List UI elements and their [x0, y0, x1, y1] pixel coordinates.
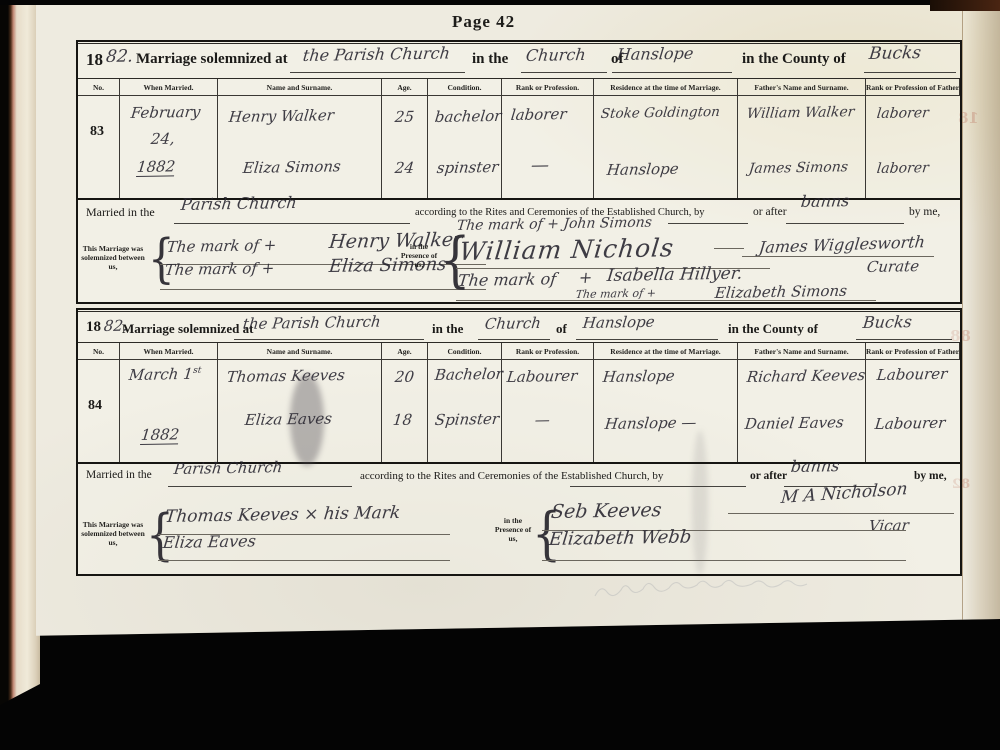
signature-rule: [542, 560, 906, 561]
groom-rank: laborer: [510, 105, 567, 124]
by-me-label: by me,: [909, 206, 940, 218]
solemnized-between-label: This Marriage was solemnized between us,: [80, 244, 146, 271]
bride-rank: —: [530, 155, 550, 176]
or-after-label: or after: [750, 470, 787, 482]
col-header-name: Name and Surname.: [218, 79, 382, 96]
groom-father-rank-cell: laborer: [866, 96, 960, 147]
groom-condition: Bachelor: [434, 365, 504, 384]
register-grid: No. When Married. Name and Surname. Age.…: [78, 78, 960, 200]
bride-rank-cell: —: [502, 411, 594, 462]
blank-rule: [668, 223, 748, 224]
blank-rule: [612, 72, 732, 73]
bride-father: James Simons: [748, 159, 849, 177]
bride-signature: Eliza Eaves: [162, 531, 257, 552]
groom-condition-cell: bachelor: [428, 96, 502, 147]
col-header-residence: Residence at the time of Marriage.: [594, 79, 738, 96]
church-handwritten: Church: [484, 314, 542, 333]
groom-father-rank: Labourer: [876, 365, 948, 384]
witness-mark-label-2: The mark of +: [575, 287, 657, 301]
witness-signature-seb-keeves: Seb Keeves: [550, 499, 663, 523]
groom-rank: Labourer: [506, 367, 578, 386]
bride-condition: Spinster: [434, 410, 500, 429]
signature-rule: [158, 560, 450, 561]
county-handwritten: Bucks: [868, 43, 922, 64]
solemnized-between-label: This Marriage was solemnized between us,: [80, 520, 146, 547]
marriage-certificate-entry-83: 18 82. Marriage solemnized at the Parish…: [76, 40, 962, 304]
date-month: March 1st: [128, 365, 202, 384]
bride-residence-cell: Hanslope —: [594, 411, 738, 462]
officiant-title: Curate: [866, 257, 920, 276]
signature-rule: [160, 289, 486, 290]
blank-rule: [570, 486, 746, 487]
bride-age: 24: [394, 159, 415, 177]
bride-condition-cell: Spinster: [428, 411, 502, 462]
groom-father-rank: laborer: [876, 105, 930, 122]
entry-number-cell: 84: [78, 360, 120, 462]
date-month: February: [130, 103, 201, 122]
bride-name: Eliza Simons: [242, 157, 342, 177]
solemnized-at-label: Marriage solemnized at: [136, 51, 288, 68]
bride-residence: Hanslope: [606, 160, 680, 179]
when-married-cell: March 1st 1882: [120, 360, 218, 462]
place-handwritten: the Parish Church: [302, 43, 451, 65]
bride-father: Daniel Eaves: [744, 413, 845, 433]
blank-rule: [478, 339, 550, 340]
register-grid: No. When Married. Name and Surname. Age.…: [78, 342, 960, 464]
groom-age: 25: [394, 108, 415, 126]
col-header-no: No.: [78, 343, 120, 360]
faint-pencil-inscription: [591, 578, 821, 604]
or-after-handwritten: banns: [800, 191, 851, 211]
or-after-label: or after: [753, 206, 787, 218]
marriage-certificate-entry-84: 18 82. Marriage solemnized at the Parish…: [76, 308, 962, 576]
groom-father-rank-cell: Labourer: [866, 360, 960, 411]
blank-rule: [234, 339, 424, 340]
date-year: 1882: [140, 425, 180, 445]
witness-mark-john-simons: The mark of + John Simons: [456, 215, 653, 234]
groom-rank-cell: Labourer: [502, 360, 594, 411]
groom-name-cell: Henry Walker: [218, 96, 382, 147]
blank-rule: [864, 72, 956, 73]
groom-age-cell: 20: [382, 360, 428, 411]
blank-rule: [521, 72, 607, 73]
witness-signature-elizabeth-simons: Elizabeth Simons: [714, 282, 848, 302]
groom-age: 20: [394, 368, 415, 386]
married-in-label: Married in the: [86, 469, 152, 481]
church-handwritten: Church: [525, 45, 587, 65]
col-header-age: Age.: [382, 343, 428, 360]
county-label: in the County of: [742, 51, 846, 68]
witness-signature-william-nichols: William Nichols: [458, 233, 676, 266]
blank-rule: [174, 223, 410, 224]
groom-mark-text: The mark of +: [166, 236, 277, 256]
col-header-residence: Residence at the time of Marriage.: [594, 343, 738, 360]
groom-rank-cell: laborer: [502, 96, 594, 147]
place-handwritten: the Parish Church: [242, 313, 382, 333]
county-handwritten: Bucks: [862, 312, 913, 332]
year-printed: 18: [86, 50, 103, 70]
witness-signature-elizabeth-webb: Elizabeth Webb: [548, 526, 693, 550]
photo-of-marriage-register: { "page_label": "Page 42", "form": { "ye…: [0, 0, 1000, 750]
blank-rule: [786, 223, 904, 224]
page-number: Page 42: [452, 12, 515, 32]
groom-father: William Walker: [746, 104, 855, 122]
date-ordinal: st: [193, 366, 202, 376]
bride-father-rank: Labourer: [874, 414, 946, 433]
officiant-signature: James Wigglesworth: [758, 232, 926, 257]
page-stack-edge: [962, 5, 1000, 620]
groom-condition: bachelor: [434, 107, 502, 126]
date-day: 24,: [150, 130, 176, 148]
bride-age: 18: [392, 411, 413, 429]
col-header-when-married: When Married.: [120, 79, 218, 96]
in-the-label: in the: [432, 321, 463, 337]
groom-name: Henry Walker: [228, 106, 335, 126]
parish-handwritten: Hanslope: [582, 313, 656, 332]
blank-rule: [576, 339, 718, 340]
or-after-handwritten: banns: [790, 456, 841, 476]
officiant-signature: M A Nicholson: [780, 479, 908, 508]
groom-condition-cell: Bachelor: [428, 360, 502, 411]
parish-handwritten: Hanslope: [616, 44, 694, 64]
groom-father-cell: William Walker: [738, 96, 866, 147]
col-header-age: Age.: [382, 79, 428, 96]
binding-corner: [930, 0, 1000, 11]
col-header-father-rank: Rank or Profession of Father.: [866, 79, 960, 96]
bride-condition-cell: spinster: [428, 147, 502, 198]
rites-label: according to the Rites and Ceremonies of…: [360, 470, 663, 482]
col-header-condition: Condition.: [428, 79, 502, 96]
bride-father-rank-cell: Labourer: [866, 411, 960, 462]
bride-residence: Hanslope —: [604, 413, 697, 433]
col-header-no: No.: [78, 79, 120, 96]
groom-residence-cell: Stoke Goldington: [594, 96, 738, 147]
entry-number: 84: [88, 398, 102, 414]
signature-rule: [456, 300, 876, 301]
bride-age-cell: 18: [382, 411, 428, 462]
married-in-handwritten: Parish Church: [180, 193, 298, 214]
bride-father-rank-cell: laborer: [866, 147, 960, 198]
bride-mark-text: The mark of +: [164, 259, 275, 279]
entry-number-cell: 83: [78, 96, 120, 198]
entry-number: 83: [90, 124, 104, 140]
col-header-father: Father's Name and Surname.: [738, 79, 866, 96]
year-handwritten: 82.: [105, 46, 134, 67]
groom-name: Thomas Keeves: [226, 366, 346, 386]
blank-rule: [290, 72, 465, 73]
dash-rule: [714, 248, 744, 249]
col-header-when-married: When Married.: [120, 343, 218, 360]
groom-signature: Thomas Keeves × his Mark: [164, 503, 401, 527]
year-printed: 18: [86, 319, 101, 336]
officiant-title: Vicar: [868, 516, 910, 535]
county-label: in the County of: [728, 321, 818, 337]
groom-residence-cell: Hanslope: [594, 360, 738, 411]
book-spine-edge: [0, 5, 40, 705]
bride-rank: —: [534, 411, 551, 429]
solemnized-at-label: Marriage solemnized at: [122, 321, 253, 337]
bride-father-cell: Daniel Eaves: [738, 411, 866, 462]
groom-residence: Hanslope: [602, 367, 676, 386]
in-the-label: in the: [472, 51, 508, 68]
col-header-father-rank: Rank or Profession of Father.: [866, 343, 960, 360]
bride-name-cell: Eliza Simons: [218, 147, 382, 198]
by-me-label: by me,: [914, 470, 947, 482]
bride-rank-cell: —: [502, 147, 594, 198]
presence-label: in the Presence of us,: [396, 242, 442, 269]
bride-age-cell: 24: [382, 147, 428, 198]
groom-name-cell: Thomas Keeves: [218, 360, 382, 411]
col-header-father: Father's Name and Surname.: [738, 343, 866, 360]
col-header-name: Name and Surname.: [218, 343, 382, 360]
married-in-handwritten: Parish Church: [173, 458, 283, 478]
groom-residence: Stoke Goldington: [600, 104, 721, 122]
bride-name-cell: Eliza Eaves: [218, 411, 382, 462]
blank-rule: [856, 339, 952, 340]
groom-father-cell: Richard Keeves: [738, 360, 866, 411]
witness-mark-label: The mark of: [457, 269, 557, 290]
signature-rule: [728, 513, 954, 514]
married-in-label: Married in the: [86, 205, 155, 220]
col-header-rank: Rank or Profession.: [502, 343, 594, 360]
groom-father: Richard Keeves: [746, 366, 866, 386]
when-married-cell: February 24, 1882: [120, 96, 218, 198]
bride-condition: spinster: [436, 158, 499, 177]
bride-residence-cell: Hanslope: [594, 147, 738, 198]
col-header-condition: Condition.: [428, 343, 502, 360]
groom-age-cell: 25: [382, 96, 428, 147]
bride-father-rank: laborer: [876, 160, 930, 177]
date-year: 1882: [136, 157, 176, 177]
witness-mark-cross: +: [578, 268, 593, 287]
blank-rule: [168, 486, 352, 487]
bride-name: Eliza Eaves: [244, 409, 333, 429]
col-header-rank: Rank or Profession.: [502, 79, 594, 96]
of-label: of: [556, 321, 567, 337]
witness-signature-isabella-hillyer: Isabella Hillyer.: [606, 264, 743, 286]
presence-label: in the Presence of us,: [490, 516, 536, 543]
